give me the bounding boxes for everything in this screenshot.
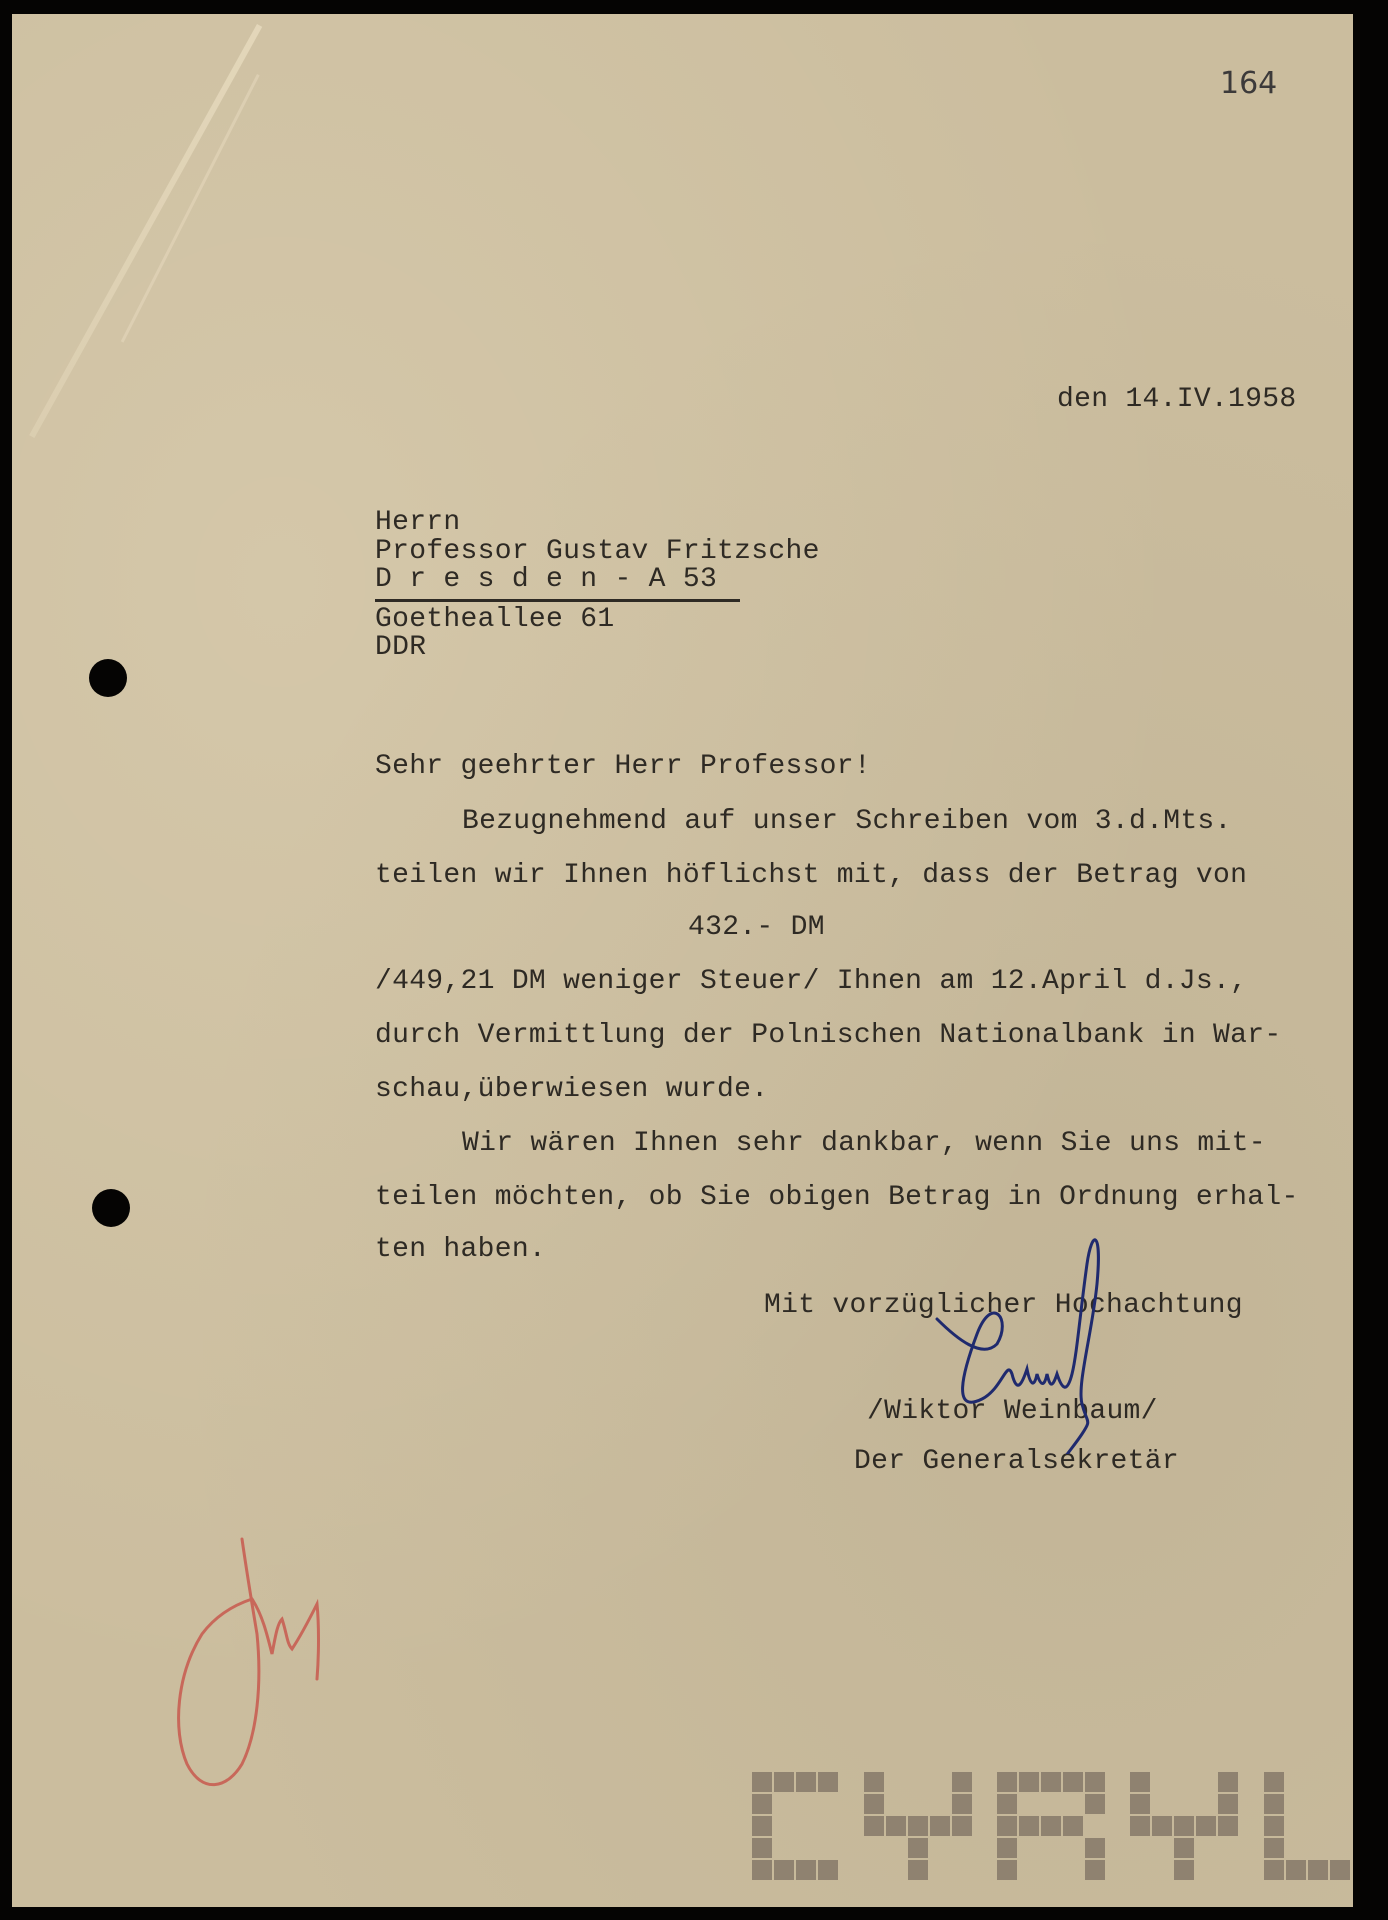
body-line-2: teilen wir Ihnen höflichst mit, dass der…: [375, 860, 1247, 891]
blue-signature-icon: [902, 1224, 1192, 1454]
red-initials-icon: [172, 1524, 332, 1804]
recipient-street: Goetheallee 61: [375, 604, 614, 635]
greeting: Sehr geehrter Herr Professor!: [375, 751, 871, 782]
body-line-8: ten haben.: [375, 1234, 546, 1265]
amount: 432.- DM: [688, 912, 825, 943]
body-line-1: Bezugnehmend auf unser Schreiben vom 3.d…: [462, 806, 1232, 837]
city-underline: [375, 599, 740, 602]
letter-page: 164 den 14.IV.1958 Herrn Professor Gusta…: [12, 14, 1353, 1907]
recipient-name: Professor Gustav Fritzsche: [375, 536, 820, 567]
punch-hole-bottom: [92, 1189, 130, 1227]
recipient-salutation: Herrn: [375, 507, 461, 538]
body-line-6: Wir wären Ihnen sehr dankbar, wenn Sie u…: [462, 1128, 1266, 1159]
recipient-country: DDR: [375, 632, 426, 663]
letter-date: den 14.IV.1958: [1057, 384, 1296, 415]
body-line-7: teilen möchten, ob Sie obigen Betrag in …: [375, 1182, 1299, 1213]
body-line-5: schau,überwiesen wurde.: [375, 1074, 768, 1105]
body-line-3: /449,21 DM weniger Steuer/ Ihnen am 12.A…: [375, 966, 1247, 997]
recipient-city: D r e s d e n - A 53: [375, 564, 717, 595]
paper-crease: [29, 24, 262, 438]
paper-crease-secondary: [121, 74, 260, 343]
punch-hole-top: [89, 659, 127, 697]
page-number: 164: [1220, 66, 1277, 101]
body-line-4: durch Vermittlung der Polnischen Nationa…: [375, 1020, 1281, 1051]
